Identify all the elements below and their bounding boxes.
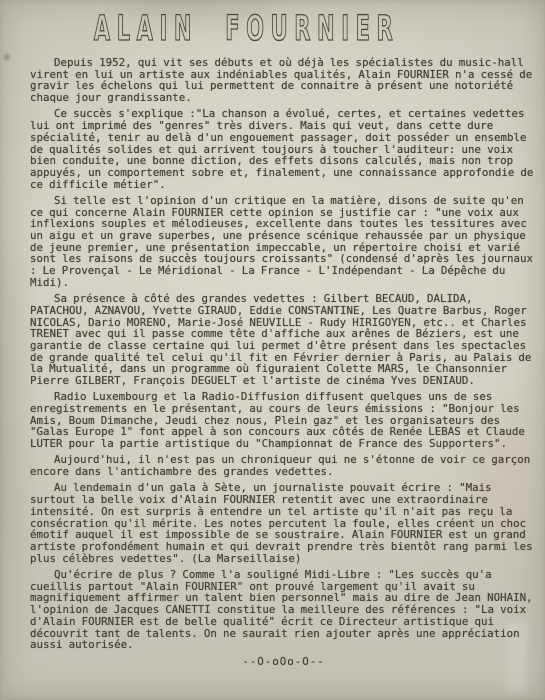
paper-stain xyxy=(0,240,20,540)
paragraph: Sa présence à côté des grandes vedettes … xyxy=(30,293,537,387)
paragraph: Ce succès s'explique :"La chanson a évol… xyxy=(30,108,537,190)
paragraph: Au lendemain d'un gala à Sète, un journa… xyxy=(30,482,537,564)
paragraph: Radio Luxembourg et la Radio-Diffusion d… xyxy=(30,391,537,450)
end-separator: --O-oOo-O-- xyxy=(30,656,537,668)
document-body: Depuis 1952, qui vit ses débuts et où dé… xyxy=(30,57,537,672)
document-page: ALAIN FOURNIER Depuis 1952, qui vit ses … xyxy=(0,0,545,700)
paragraph: Si telle est l'opinion d'un critique en … xyxy=(30,195,537,289)
paper-stain xyxy=(4,54,10,60)
document-title: ALAIN FOURNIER xyxy=(94,9,400,49)
document-title-row: ALAIN FOURNIER xyxy=(0,9,519,49)
paragraph: Aujourd'hui, il n'est pas un chroniqueur… xyxy=(30,454,537,477)
paragraph: Depuis 1952, qui vit ses débuts et où dé… xyxy=(30,57,537,104)
paragraph: Qu'écrire de plus ? Comme l'a souligné M… xyxy=(30,569,537,651)
